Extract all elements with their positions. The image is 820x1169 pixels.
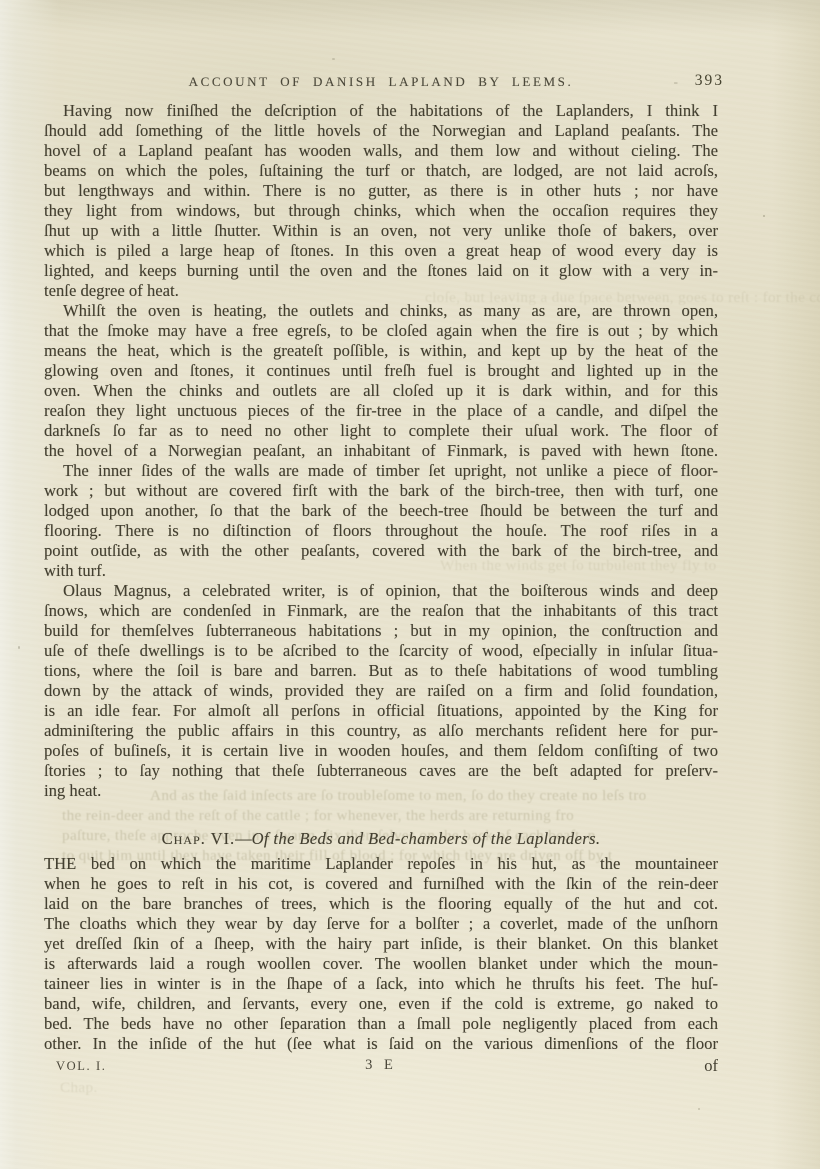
paper-speck <box>332 58 335 60</box>
text-line: band, wife, children, and ſervants, ever… <box>44 994 718 1014</box>
text-line: tenſe degree of heat. <box>44 281 718 301</box>
text-line: reaſon they light unctuous pieces of the… <box>44 401 718 421</box>
chapter-title: Of the Beds and Bed-chambers of the Lapl… <box>252 829 601 848</box>
text-line: work ; but without are covered firſt wit… <box>44 481 718 501</box>
text-line: lodged upon another, ſo that the bark of… <box>44 501 718 521</box>
text-line: laid on the bare branches of trees, whic… <box>44 894 718 914</box>
text-line: darkneſs ſo far as to need no other ligh… <box>44 421 718 441</box>
text-line: other. In the inſide of the hut (ſee wha… <box>44 1034 718 1054</box>
text-line: ing heat. <box>44 781 718 801</box>
text-line: but lengthways and within. There is no g… <box>44 181 718 201</box>
text-line: ſnows, which are condenſed in Finmark, a… <box>44 601 718 621</box>
text-line: ſtories ; to ſay nothing that theſe ſubt… <box>44 761 718 781</box>
text-line: flooring. There is no diſtinction of flo… <box>44 521 718 541</box>
text-line: the hovel of a Norwegian peaſant, an inh… <box>44 441 718 461</box>
running-title: ACCOUNT OF DANISH LAPLAND BY LEEMS. <box>44 74 718 90</box>
text-line: The inner ſides of the walls are made of… <box>44 461 718 481</box>
text-block: Having now finiſhed the deſcription of t… <box>44 101 718 1054</box>
text-line: is afterwards laid a rough woollen cover… <box>44 954 718 974</box>
text-line: Having now finiſhed the deſcription of t… <box>44 101 718 121</box>
running-head: ACCOUNT OF DANISH LAPLAND BY LEEMS. - 39… <box>44 74 718 96</box>
text-line: when he goes to reſt in his cot, is cove… <box>44 874 718 894</box>
page-number: 393 <box>695 72 724 90</box>
text-line: Whilſt the oven is heating, the outlets … <box>44 301 718 321</box>
text-line: point outſide, as with the other peaſant… <box>44 541 718 561</box>
text-line: oven. When the chinks and outlets are al… <box>44 381 718 401</box>
text-line: that the ſmoke may have a free egreſs, t… <box>44 321 718 341</box>
book-page-scan: cloſe, but leaving a due ſpace between, … <box>0 0 820 1169</box>
paper-speck <box>18 646 20 649</box>
paragraph: THE bed on which the maritime Laplander … <box>44 854 718 1054</box>
text-line: they light from windows, but through chi… <box>44 201 718 221</box>
paragraphs-before-heading: Having now finiſhed the deſcription of t… <box>44 101 718 801</box>
chapter-heading: Chap. VI.—Of the Beds and Bed-chambers o… <box>44 829 718 849</box>
text-line: glowing oven and ſtones, it continues un… <box>44 361 718 381</box>
paper-speck <box>698 1108 700 1110</box>
text-line: build for themſelves ſubterraneous habit… <box>44 621 718 641</box>
text-line: tions, where the ſoil is bare and barren… <box>44 661 718 681</box>
text-line: bed. The beds have no other ſeparation t… <box>44 1014 718 1034</box>
margin-pen-mark: - <box>674 74 678 90</box>
text-line: means the heat, which is the greateſt po… <box>44 341 718 361</box>
text-line: poſes of buſineſs, it is certain live in… <box>44 741 718 761</box>
paragraph: Whilſt the oven is heating, the outlets … <box>44 301 718 461</box>
paper-speck <box>763 215 765 217</box>
paragraphs-after-heading: THE bed on which the maritime Laplander … <box>44 854 718 1054</box>
text-line: ſhould add ſomething of the little hovel… <box>44 121 718 141</box>
text-line: which is piled a large heap of ſtones. I… <box>44 241 718 261</box>
catchword: of <box>704 1056 718 1076</box>
footer-line: VOL. I. 3 E of <box>44 1056 718 1076</box>
paragraph: Having now finiſhed the deſcription of t… <box>44 101 718 301</box>
chapter-label: Chap. VI. <box>162 829 236 848</box>
text-line: with turf. <box>44 561 718 581</box>
text-line: down by the attack of winds, provided th… <box>44 681 718 701</box>
chapter-heading-dash: — <box>235 829 252 848</box>
paragraph: Olaus Magnus, a celebrated writer, is of… <box>44 581 718 801</box>
signature-mark: 3 E <box>365 1057 397 1074</box>
text-line: THE bed on which the maritime Laplander … <box>44 854 718 874</box>
text-line: uſe of theſe dwellings is to be aſcribed… <box>44 641 718 661</box>
volume-label: VOL. I. <box>56 1059 106 1074</box>
text-line: Olaus Magnus, a celebrated writer, is of… <box>44 581 718 601</box>
text-line: lighted, and keeps burning until the ove… <box>44 261 718 281</box>
text-line: ſhut up with a little ſhutter. Within is… <box>44 221 718 241</box>
bleedthrough-text: Chap. <box>60 1078 98 1098</box>
text-line: taineer lies in winter is in the ſhape o… <box>44 974 718 994</box>
text-line: is an idle fear. For almoſt all perſons … <box>44 701 718 721</box>
paragraph: The inner ſides of the walls are made of… <box>44 461 718 581</box>
text-line: adminiſtering the public affairs in this… <box>44 721 718 741</box>
text-line: yet dreſſed ſkin of a ſheep, with the ha… <box>44 934 718 954</box>
text-line: hovel of a Lapland peaſant has wooden wa… <box>44 141 718 161</box>
text-line: The cloaths which they wear by day ſerve… <box>44 914 718 934</box>
text-line: beams on which the poles, ſuſtaining the… <box>44 161 718 181</box>
